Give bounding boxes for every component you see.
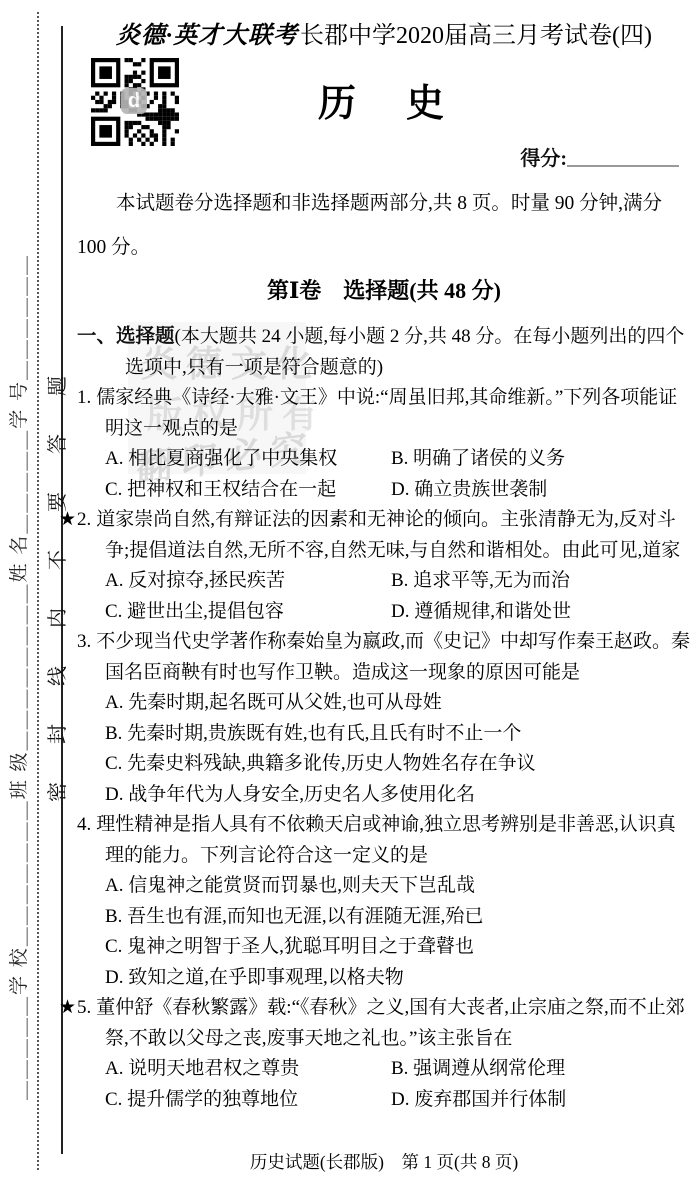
option-d: D. 废弃郡国并行体制: [391, 1085, 691, 1116]
option-c: C. 提升儒学的独尊地位: [105, 1085, 391, 1116]
option-d: D. 战争年代为人身安全,历史名人多使用化名: [105, 780, 691, 811]
content-column: 炎德·英才大联考长郡中学2020届高三月考试卷(四) d 历 史 得分: 本试题…: [77, 0, 691, 1115]
question-2-stem: 道家崇尚自然,有辩证法的因素和无神论的倾向。主张清静无为,反对斗争;提倡道法自然…: [96, 509, 680, 561]
multiple-choice-instruction: 一、选择题(本大题共 24 小题,每小题 2 分,共 48 分。在每小题列出的四…: [77, 321, 691, 383]
question-5-star: ★: [59, 997, 77, 1018]
option-d: D. 致知之道,在乎即事观理,以格夫物: [105, 963, 691, 994]
option-b: B. 强调遵从纲常伦理: [391, 1054, 691, 1085]
score-blank-line: [567, 147, 679, 167]
question-1-stem: 儒家经典《诗经·大雅·文王》中说:“周虽旧邦,其命维新。”下列各项能证明这一观点…: [96, 387, 677, 439]
page-footer: 历史试题(长郡版) 第 1 页(共 8 页): [77, 1149, 691, 1174]
section-1-title: 第Ⅰ卷 选择题(共 48 分): [77, 274, 691, 305]
exam-title: 炎德·英才大联考长郡中学2020届高三月考试卷(四): [77, 0, 691, 50]
score-label: 得分:: [520, 148, 567, 170]
instruction-label: 一、选择题: [77, 326, 175, 347]
option-b: B. 先秦时期,贵族既有姓,也有氏,且氏有时不止一个: [105, 719, 691, 750]
seal-dotted-line: [37, 12, 39, 1170]
question-4-stem: 理性精神是指人具有不依赖天启或神谕,独立思考辨别是非善恶,认识真理的能力。下列言…: [96, 814, 676, 866]
option-b: B. 吾生也有涯,而知也无涯,以有涯随无涯,殆已: [105, 902, 691, 933]
question-1-options-row-1: A. 相比夏商强化了中央集权 B. 明确了诸侯的义务: [105, 444, 691, 475]
question-5: ★5.董仲舒《春秋繁露》载:“《春秋》之义,国有大丧者,止宗庙之祭,而不止郊祭,…: [77, 993, 691, 1115]
question-2-number: 2.: [77, 509, 91, 530]
question-2-options-row-1: A. 反对掠夺,拯民疾苦 B. 追求平等,无为而治: [105, 566, 691, 597]
question-5-number: 5.: [77, 997, 91, 1018]
score-field: 得分:: [520, 142, 679, 171]
option-d: D. 遵循规律,和谐处世: [391, 597, 691, 628]
exam-series-brand: 炎德·英才大联考: [116, 23, 298, 49]
question-5-stem: 董仲舒《春秋繁露》载:“《春秋》之义,国有大丧者,止宗庙之祭,而不止郊祭,不敢以…: [96, 997, 684, 1049]
question-3: 3.不少现当代史学著作称秦始皇为嬴政,而《史记》中却写作秦王赵政。秦国名臣商鞅有…: [77, 627, 691, 810]
question-2: ★2.道家崇尚自然,有辩证法的因素和无神论的倾向。主张清静无为,反对斗争;提倡道…: [77, 505, 691, 627]
option-c: C. 避世出尘,提倡包容: [105, 597, 391, 628]
question-1: 1.儒家经典《诗经·大雅·文王》中说:“周虽旧邦,其命维新。”下列各项能证明这一…: [77, 383, 691, 505]
question-1-options-row-2: C. 把神权和王权结合在一起 D. 确立贵族世袭制: [105, 475, 691, 506]
question-4-number: 4.: [77, 814, 91, 835]
question-4: 4.理性精神是指人具有不依赖天启或神谕,独立思考辨别是非善恶,认识真理的能力。下…: [77, 810, 691, 993]
exam-instructions-paragraph: 本试题卷分选择题和非选择题两部分,共 8 页。时量 90 分钟,满分 100 分…: [77, 182, 691, 270]
header-area: d 历 史 得分:: [77, 50, 691, 182]
instruction-note: (本大题共 24 小题,每小题 2 分,共 48 分。在每小题列出的四个选项中,…: [125, 326, 684, 378]
option-c: C. 把神权和王权结合在一起: [105, 475, 391, 506]
option-b: B. 追求平等,无为而治: [391, 566, 691, 597]
option-a: A. 说明天地君权之尊贵: [105, 1054, 391, 1085]
question-1-number: 1.: [77, 387, 91, 408]
option-b: B. 明确了诸侯的义务: [391, 444, 691, 475]
question-2-star: ★: [59, 509, 77, 530]
option-a: A. 信鬼神之能赏贤而罚暴也,则夫天下岂乱哉: [105, 871, 691, 902]
question-3-stem: 不少现当代史学著作称秦始皇为嬴政,而《史记》中却写作秦王赵政。秦国名臣商鞅有时也…: [96, 631, 690, 683]
question-2-options-row-2: C. 避世出尘,提倡包容 D. 遵循规律,和谐处世: [105, 597, 691, 628]
option-d: D. 确立贵族世袭制: [391, 475, 691, 506]
question-3-number: 3.: [77, 631, 91, 652]
question-5-options-row-1: A. 说明天地君权之尊贵 B. 强调遵从纲常伦理: [105, 1054, 691, 1085]
subject-title: 历 史: [77, 72, 691, 127]
exam-page: ＿＿＿＿＿学 校＿＿＿＿＿＿＿班 级＿＿＿＿＿＿＿＿姓 名＿＿＿＿＿学 号＿＿＿…: [0, 0, 700, 1190]
option-c: C. 鬼神之明智于圣人,犹聪耳明目之于聋瞽也: [105, 932, 691, 963]
option-a: A. 相比夏商强化了中央集权: [105, 444, 391, 475]
seal-warning-text: 密封线内不要答题: [41, 302, 65, 802]
exam-title-rest: 长郡中学2020届高三月考试卷(四): [300, 23, 652, 49]
option-c: C. 先秦史料残缺,典籍多讹传,历史人物姓名存在争议: [105, 749, 691, 780]
question-5-options-row-2: C. 提升儒学的独尊地位 D. 废弃郡国并行体制: [105, 1085, 691, 1116]
option-a: A. 反对掠夺,拯民疾苦: [105, 566, 391, 597]
option-a: A. 先秦时期,起名既可从父姓,也可从母姓: [105, 688, 691, 719]
student-info-fields: ＿＿＿＿＿学 校＿＿＿＿＿＿＿班 级＿＿＿＿＿＿＿＿姓 名＿＿＿＿＿学 号＿＿＿…: [4, 40, 30, 1100]
